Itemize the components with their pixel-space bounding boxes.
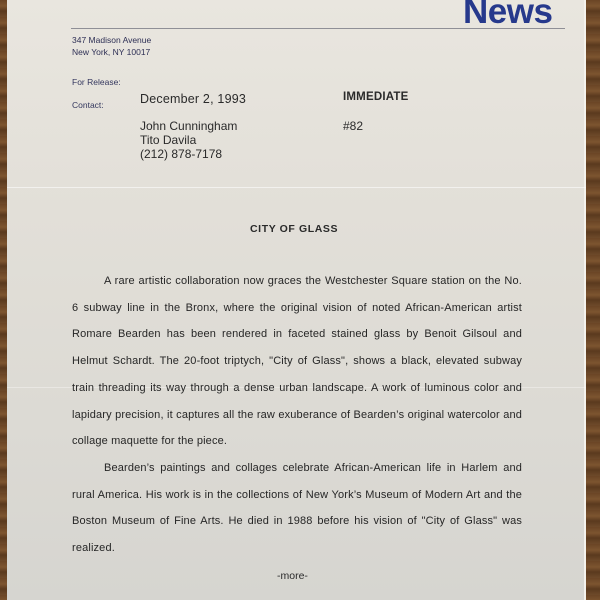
letterhead-rule [71, 28, 565, 29]
contact-label: Contact: [72, 100, 104, 110]
release-date: December 2, 1993 [140, 92, 246, 106]
wood-background-left [0, 0, 8, 600]
article-paragraph: A rare artistic collaboration now graces… [72, 268, 522, 455]
contact-list: John Cunningham Tito Davila (212) 878-71… [140, 119, 237, 161]
contact-phone: (212) 878-7178 [140, 147, 237, 161]
article-body: A rare artistic collaboration now graces… [72, 268, 522, 455]
for-release-label: For Release: [72, 77, 121, 87]
paper-fold-crease [7, 187, 586, 188]
release-number: #82 [343, 119, 363, 133]
contact-name: John Cunningham [140, 119, 237, 133]
letterhead-address: 347 Madison Avenue New York, NY 10017 [72, 34, 151, 58]
continuation-marker: -more- [277, 570, 308, 582]
release-status: IMMEDIATE [343, 91, 408, 103]
article-headline: CITY OF GLASS [250, 223, 338, 235]
article-paragraph: Bearden’s paintings and collages celebra… [72, 455, 522, 562]
article-body: Bearden’s paintings and collages celebra… [72, 455, 522, 562]
contact-name: Tito Davila [140, 133, 237, 147]
address-line: 347 Madison Avenue [72, 34, 151, 46]
address-line: New York, NY 10017 [72, 46, 151, 58]
